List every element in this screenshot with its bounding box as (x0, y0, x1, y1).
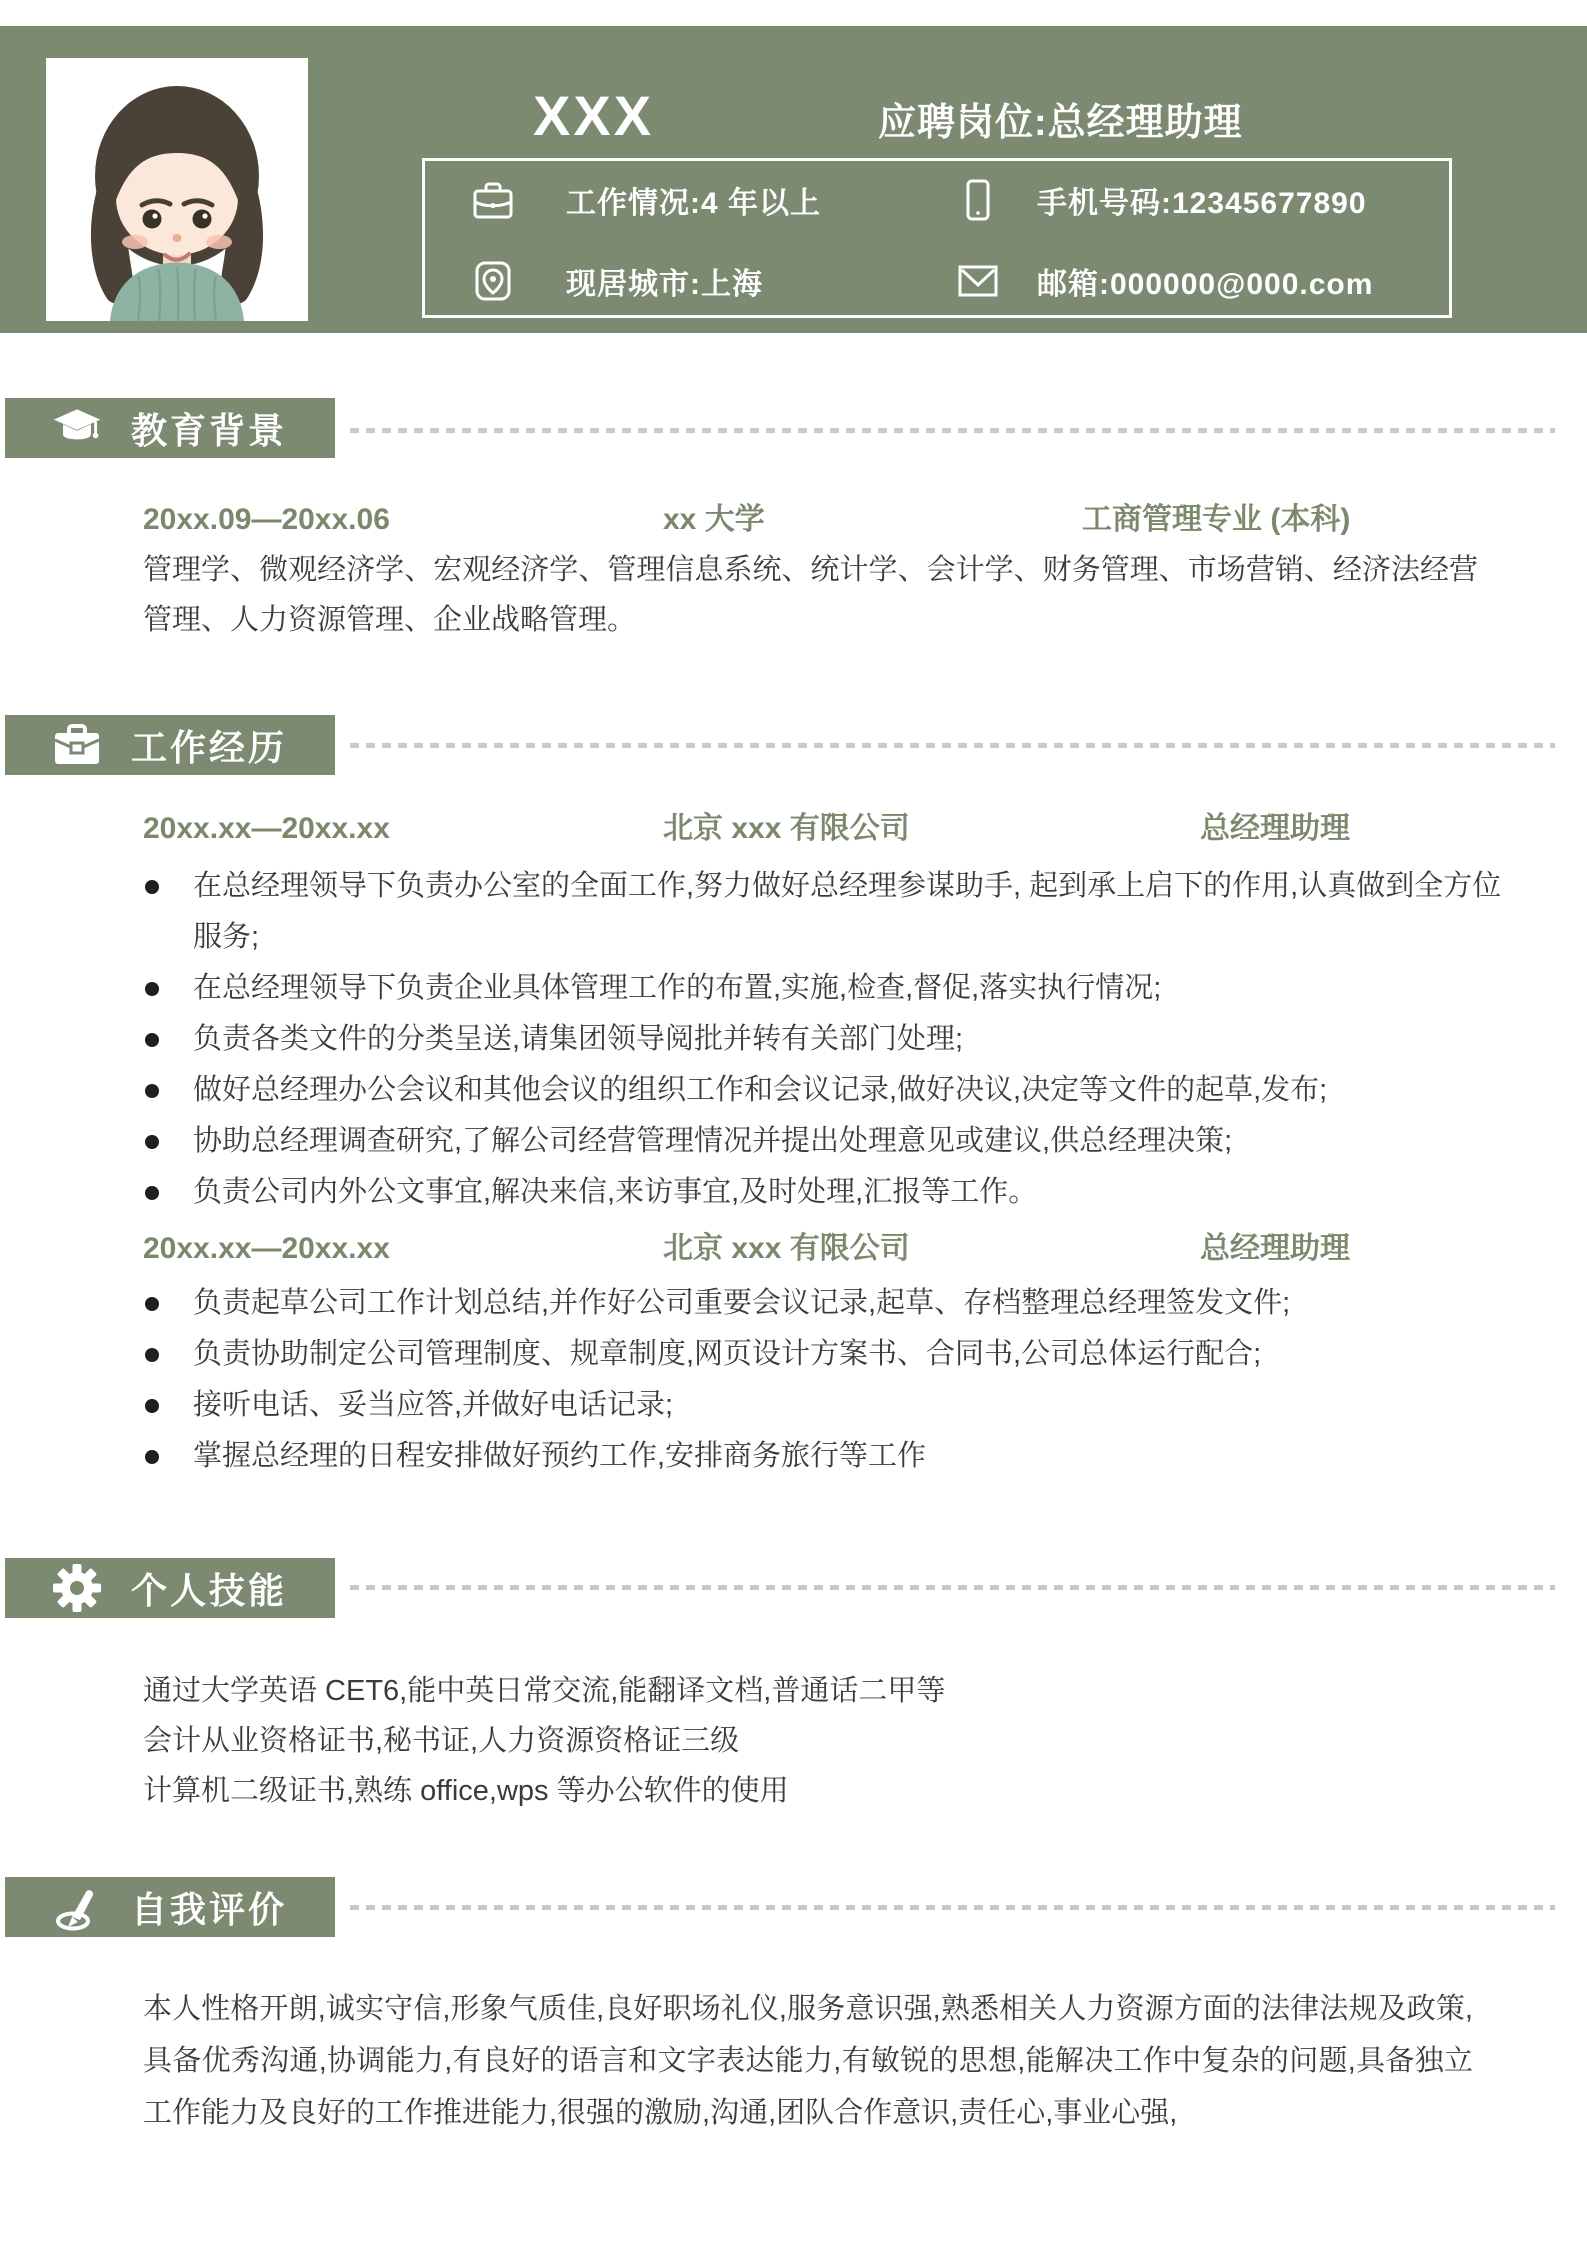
info-item-phone: 手机号码:12345677890 (955, 172, 1367, 228)
avatar-illustration (46, 58, 308, 321)
gear-icon (51, 1562, 103, 1614)
info-item-work: 工作情况:4 年以上 (470, 172, 821, 228)
job-bullet: 在总经理领导下负责企业具体管理工作的布置,实施,检查,督促,落实执行情况; (143, 963, 1508, 1014)
dashed-divider (350, 428, 1555, 433)
info-item-city: 现居城市:上海 (470, 253, 763, 309)
skills-list: 通过大学英语 CET6,能中英日常交流,能翻译文档,普通话二甲等 会计从业资格证… (143, 1666, 1508, 1816)
briefcase-icon (51, 719, 103, 771)
dashed-divider (350, 1585, 1555, 1590)
job-company: 北京 xxx 有限公司 (663, 809, 910, 849)
mail-icon (955, 258, 1001, 304)
profile-photo (46, 58, 308, 321)
job-period: 20xx.xx—20xx.xx (143, 809, 390, 849)
dashed-divider (350, 1905, 1555, 1910)
info-item-label: 工作情况:4 年以上 (566, 178, 821, 222)
job-role: 总经理助理 (1200, 809, 1350, 849)
education-major: 工商管理专业 (本科) (1082, 500, 1350, 540)
job-period: 20xx.xx—20xx.xx (143, 1229, 390, 1269)
job-bullet: 在总经理领导下负责办公室的全面工作,努力做好总经理参谋助手, 起到承上启下的作用… (143, 861, 1508, 963)
skills-line: 通过大学英语 CET6,能中英日常交流,能翻译文档,普通话二甲等 (143, 1666, 1508, 1716)
section-title: 教育背景 (131, 403, 287, 454)
job-bullet: 负责协助制定公司管理制度、规章制度,网页设计方案书、合同书,公司总体运行配合; (143, 1329, 1508, 1380)
job2-meta-row: 20xx.xx—20xx.xx 北京 xxx 有限公司 总经理助理 (0, 1229, 1587, 1269)
info-item-label: 现居城市:上海 (566, 259, 763, 303)
section-title: 工作经历 (131, 720, 287, 771)
info-item-label: 邮箱:000000@000.com (1037, 259, 1373, 303)
job-bullet: 协助总经理调查研究,了解公司经营管理情况并提出处理意见或建议,供总经理决策; (143, 1116, 1508, 1167)
phone-icon (955, 177, 1001, 223)
section-header-skills: 个人技能 (5, 1558, 335, 1618)
job-bullet: 做好总经理办公会议和其他会议的组织工作和会议记录,做好决议,决定等文件的起草,发… (143, 1065, 1508, 1116)
resume-page: XXX 应聘岗位:总经理助理 工作情况:4 年以上 手机号码:123456 (0, 0, 1587, 2245)
candidate-name: XXX (533, 84, 654, 148)
info-item-email: 邮箱:000000@000.com (955, 253, 1373, 309)
job-bullet: 负责起草公司工作计划总结,并作好公司重要会议记录,起草、存档整理总经理签发文件; (143, 1278, 1508, 1329)
job-bullet: 接听电话、妥当应答,并做好电话记录; (143, 1380, 1508, 1431)
dashed-divider (350, 743, 1555, 748)
skills-line: 会计从业资格证书,秘书证,人力资源资格证三级 (143, 1716, 1508, 1766)
info-item-label: 手机号码:12345677890 (1037, 178, 1367, 222)
position-title: 应聘岗位:总经理助理 (878, 98, 1243, 148)
section-title: 自我评价 (131, 1882, 287, 1933)
education-period: 20xx.09—20xx.06 (143, 500, 390, 540)
section-title: 个人技能 (131, 1563, 287, 1614)
education-courses: 管理学、微观经济学、宏观经济学、管理信息系统、统计学、会计学、财务管理、市场营销… (143, 545, 1478, 645)
pen-icon (51, 1881, 103, 1933)
education-school: xx 大学 (663, 500, 765, 540)
briefcase-icon (470, 177, 516, 223)
graduation-cap-icon (51, 402, 103, 454)
job1-bullet-list: 在总经理领导下负责办公室的全面工作,努力做好总经理参谋助手, 起到承上启下的作用… (143, 861, 1508, 1218)
job-role: 总经理助理 (1200, 1229, 1350, 1269)
section-header-work: 工作经历 (5, 715, 335, 775)
skills-line: 计算机二级证书,熟练 office,wps 等办公软件的使用 (143, 1766, 1508, 1816)
job-bullet: 负责公司内外公文事宜,解决来信,来访事宜,及时处理,汇报等工作。 (143, 1167, 1508, 1218)
education-meta-row: 20xx.09—20xx.06 xx 大学 工商管理专业 (本科) (0, 500, 1587, 540)
section-header-evaluation: 自我评价 (5, 1877, 335, 1937)
job1-meta-row: 20xx.xx—20xx.xx 北京 xxx 有限公司 总经理助理 (0, 809, 1587, 849)
evaluation-paragraph: 本人性格开朗,诚实守信,形象气质佳,良好职场礼仪,服务意识强,熟悉相关人力资源方… (143, 1983, 1473, 2139)
job-bullet: 负责各类文件的分类呈送,请集团领导阅批并转有关部门处理; (143, 1014, 1508, 1065)
job-company: 北京 xxx 有限公司 (663, 1229, 910, 1269)
location-icon (470, 258, 516, 304)
job-bullet: 掌握总经理的日程安排做好预约工作,安排商务旅行等工作 (143, 1431, 1508, 1482)
job2-bullet-list: 负责起草公司工作计划总结,并作好公司重要会议记录,起草、存档整理总经理签发文件;… (143, 1278, 1508, 1482)
contact-info-box: 工作情况:4 年以上 手机号码:12345677890 现居城市:上海 (422, 158, 1452, 318)
section-header-education: 教育背景 (5, 398, 335, 458)
